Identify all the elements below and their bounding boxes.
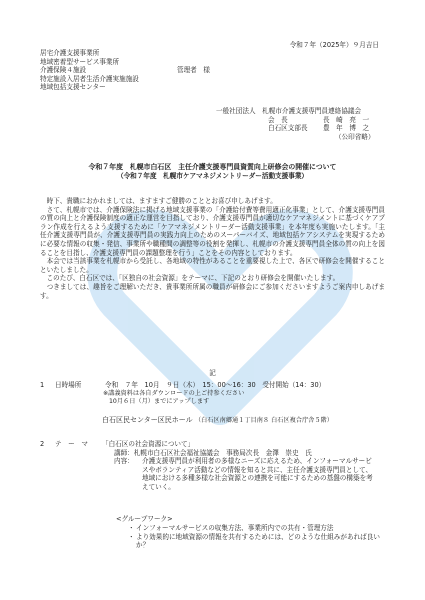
document-subtitle: （令和７年度 札幌市ケアマネジメントリーダー活動支援事業） xyxy=(0,172,425,181)
document-title: 令和７年度 札幌市白石区 主任介護支援専門員資質向上研修会の開催について xyxy=(0,163,425,172)
body-text: 時下、貴職におかれましては、ますますご健勝のこととお喜び申しあげます。 さて、札… xyxy=(40,197,385,300)
seal-note: （公印省略） xyxy=(335,133,375,142)
upload-note: 10月６日（月）までにアップします xyxy=(103,398,325,407)
document-page: 令和７年（2025年）９月吉日 居宅介護支援事業所 地域密着型サービス事業所 介… xyxy=(0,0,425,600)
sender-role: 会 長 xyxy=(268,116,323,125)
lecturer-label: 講師： xyxy=(114,449,134,457)
recipient: 地域密着型サービス事業所 xyxy=(40,58,139,67)
paragraph: 時下、貴職におかれましては、ますますご健勝のこととお喜び申しあげます。 xyxy=(40,197,385,206)
item-content: 令和 ７年 10月 ９日（木） 15：00～16：30 受付開始（14：30） … xyxy=(105,381,325,407)
recipient: 介護保険４施設 xyxy=(40,66,139,75)
venue-name: 白石区民センター区民ホール xyxy=(102,416,193,424)
sender-row: 会 長 長 崎 亮 一 xyxy=(216,116,369,125)
groupwork-item: ・ インフォーマルサービスの収集方法、事業所内での共有・管理方法 xyxy=(128,524,386,533)
issue-date: 令和７年（2025年）９月吉日 xyxy=(290,41,379,50)
venue: 白石区民センター区民ホール （白石区南郷通１丁目南８ 白石区複合庁舎５階） xyxy=(102,416,333,426)
item-content: 「白石区の社会資源について」 講師：札幌市白石区社会福祉協議会 事務局次長 金澤… xyxy=(102,440,374,492)
content-description: 内容： 介護支援専門員が利用者の多様なニーズに応えるため、インフォーマルサービス… xyxy=(102,457,374,491)
recipient: 居宅介護支援事業所 xyxy=(40,49,139,58)
recipient: 地域包括支援センター xyxy=(40,83,139,92)
recipient-list: 居宅介護支援事業所 地域密着型サービス事業所 介護保険４施設 特定施設入居者生活… xyxy=(40,49,139,92)
theme-title: 「白石区の社会資源について」 xyxy=(102,440,374,449)
sender-role: 白石区支部長 xyxy=(268,124,323,133)
content-label: 内容： xyxy=(114,457,142,491)
paragraph: つきましては、趣旨をご理解いただき、貴事業所所属の職員が研修会にご参加くださいま… xyxy=(40,283,385,300)
groupwork-list: ・ インフォーマルサービスの収集方法、事業所内での共有・管理方法 ・ より効果的… xyxy=(128,524,386,550)
material-note: ※講義資料は各自ダウンロードの上ご持参ください xyxy=(103,390,325,399)
content-text: 介護支援専門員が利用者の多様なニーズに応えるため、インフォーマルサービスやボラン… xyxy=(142,457,374,491)
groupwork-title: <グループワーク> xyxy=(116,515,173,524)
bullet-icon: ・ xyxy=(128,533,136,550)
sender-name: 長 崎 亮 一 xyxy=(323,116,369,125)
item-number: 2 xyxy=(40,440,44,449)
event-datetime: 令和 ７年 10月 ９日（木） 15：00～16：30 受付開始（14：30） xyxy=(105,381,325,390)
paragraph: さて、札幌市では、介護保険法に掲げる地域支援事業の「介護給付費等費用適正化事業」… xyxy=(40,206,385,258)
paragraph: 本会では当該事業を札幌市から受託し、各地域の特性があることを重要視した上で、各区… xyxy=(40,257,385,274)
venue-address: （白石区南郷通１丁目南８ 白石区複合庁舎５階） xyxy=(195,417,333,424)
sender-name: 豊 年 博 之 xyxy=(323,124,369,133)
sender-block: 一般社団法人 札幌市介護支援専門員連絡協議会 会 長 長 崎 亮 一 白石区支部… xyxy=(216,107,369,133)
bullet-icon: ・ xyxy=(128,524,136,533)
item-label: テ ー マ xyxy=(55,440,88,449)
paragraph: このたび、白石区では、「区独自の社会資源」をテーマに、下記のとおり研修会を開催い… xyxy=(40,274,385,283)
recipient-suffix: 管理者 様 xyxy=(177,66,210,75)
ki-heading: 記 xyxy=(0,369,425,378)
lecturer: 講師：札幌市白石区社会福祉協議会 事務局次長 金澤 崇史 氏 xyxy=(102,449,374,458)
lecturer-name: 札幌市白石区社会福祉協議会 事務局次長 金澤 崇史 氏 xyxy=(134,449,312,457)
groupwork-item: ・ より効果的に地域資源の情報を共有するためには、どのような仕組みがあれば良いか… xyxy=(128,533,386,550)
sender-row: 白石区支部長 豊 年 博 之 xyxy=(216,124,369,133)
item-label: 日時場所 xyxy=(55,381,81,390)
item-number: 1 xyxy=(40,381,44,390)
sender-org: 一般社団法人 札幌市介護支援専門員連絡協議会 xyxy=(216,107,369,116)
